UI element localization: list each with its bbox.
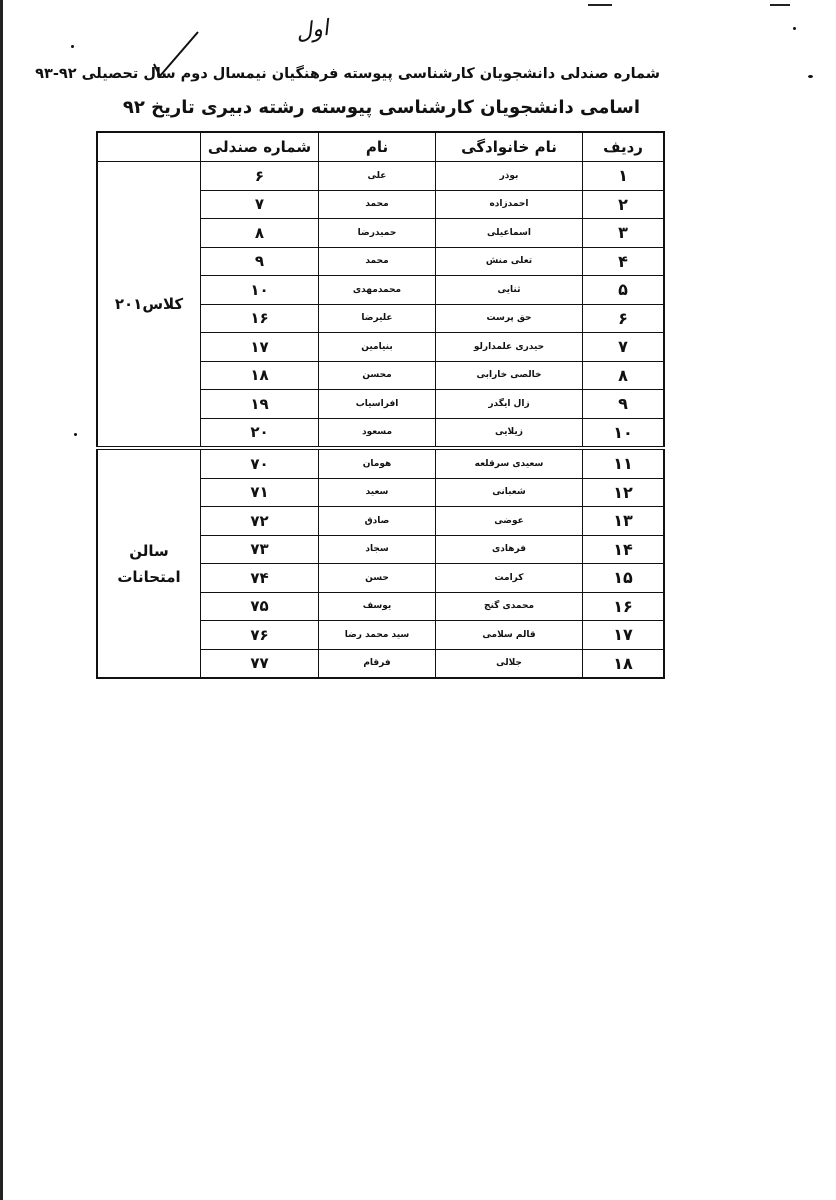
row-number: ۸ — [583, 361, 665, 390]
seat-number: ۷۱ — [201, 478, 319, 507]
seat-number: ۷۳ — [201, 535, 319, 564]
family-name: احمدزاده — [436, 190, 583, 219]
first-name: محمد — [319, 247, 436, 276]
header-family-name: نام خانوادگی — [436, 132, 583, 162]
header-first-name: نام — [319, 132, 436, 162]
seat-number: ۷۶ — [201, 621, 319, 650]
location-cell: کلاس۲۰۱ — [97, 162, 201, 449]
family-name: زال ایگدر — [436, 390, 583, 419]
first-name: محسن — [319, 361, 436, 390]
family-name: حق پرست — [436, 304, 583, 333]
first-name: یوسف — [319, 592, 436, 621]
first-name: سجاد — [319, 535, 436, 564]
first-name: سید محمد رضا — [319, 621, 436, 650]
family-name: اسماعیلی — [436, 219, 583, 248]
row-number: ۱۵ — [583, 564, 665, 593]
table-row: ۱۱سعیدی سرقلعههومان۷۰سالن امتحانات — [97, 448, 664, 478]
row-number: ۲ — [583, 190, 665, 219]
header-seat-number: شماره صندلی — [201, 132, 319, 162]
row-number: ۶ — [583, 304, 665, 333]
row-number: ۳ — [583, 219, 665, 248]
row-number: ۱ — [583, 162, 665, 191]
first-name: محمدمهدی — [319, 276, 436, 305]
family-name: خالصی خارابی — [436, 361, 583, 390]
location-cell: سالن امتحانات — [97, 448, 201, 678]
seat-number: ۷۵ — [201, 592, 319, 621]
seat-number: ۱۸ — [201, 361, 319, 390]
family-name: کرامت — [436, 564, 583, 593]
first-name: هومان — [319, 448, 436, 478]
first-name: محمد — [319, 190, 436, 219]
first-name: علیرضا — [319, 304, 436, 333]
scan-mark — [770, 4, 790, 6]
scan-mark — [588, 4, 612, 6]
header-row-number: ردیف — [583, 132, 665, 162]
family-name: شعبانی — [436, 478, 583, 507]
row-number: ۴ — [583, 247, 665, 276]
seat-number: ۷ — [201, 190, 319, 219]
first-name: مسعود — [319, 418, 436, 448]
seat-number: ۹ — [201, 247, 319, 276]
table-row: ۱بوذرعلی۶کلاس۲۰۱ — [97, 162, 664, 191]
row-number: ۱۲ — [583, 478, 665, 507]
scan-speck — [793, 27, 796, 30]
first-name: سعید — [319, 478, 436, 507]
family-name: قالم سلامی — [436, 621, 583, 650]
scan-speck — [808, 75, 813, 78]
seat-number: ۱۶ — [201, 304, 319, 333]
first-name: علی — [319, 162, 436, 191]
family-name: سعیدی سرقلعه — [436, 448, 583, 478]
table-header-row: ردیف نام خانوادگی نام شماره صندلی — [97, 132, 664, 162]
seat-number: ۱۹ — [201, 390, 319, 419]
first-name: حمیدرضا — [319, 219, 436, 248]
family-name: عوضی — [436, 507, 583, 536]
scan-edge — [0, 0, 3, 1200]
handwritten-note: اول — [294, 16, 330, 45]
row-number: ۱۰ — [583, 418, 665, 448]
first-name: صادق — [319, 507, 436, 536]
row-number: ۱۷ — [583, 621, 665, 650]
seat-number: ۷۷ — [201, 649, 319, 678]
row-number: ۱۱ — [583, 448, 665, 478]
seat-number: ۱۷ — [201, 333, 319, 362]
row-number: ۵ — [583, 276, 665, 305]
family-name: ثنایی — [436, 276, 583, 305]
seat-number: ۸ — [201, 219, 319, 248]
seat-number: ۱۰ — [201, 276, 319, 305]
family-name: محمدی گنج — [436, 592, 583, 621]
family-name: فرهادی — [436, 535, 583, 564]
seat-number: ۷۰ — [201, 448, 319, 478]
first-name: افراسیاب — [319, 390, 436, 419]
header-location — [97, 132, 201, 162]
family-name: حیدری علمدارلو — [436, 333, 583, 362]
row-number: ۱۳ — [583, 507, 665, 536]
row-number: ۷ — [583, 333, 665, 362]
row-number: ۱۸ — [583, 649, 665, 678]
first-name: فرقام — [319, 649, 436, 678]
document-title: شماره صندلی دانشجویان کارشناسی پیوسته فر… — [150, 66, 660, 82]
seat-number: ۲۰ — [201, 418, 319, 448]
first-name: حسن — [319, 564, 436, 593]
family-name: بوذر — [436, 162, 583, 191]
first-name: بنیامین — [319, 333, 436, 362]
seat-number: ۶ — [201, 162, 319, 191]
document-subtitle: اسامی دانشجویان کارشناسی پیوسته رشته دبی… — [180, 97, 640, 118]
seat-number: ۷۴ — [201, 564, 319, 593]
scan-speck — [71, 45, 74, 48]
seat-number: ۷۲ — [201, 507, 319, 536]
row-number: ۱۶ — [583, 592, 665, 621]
scan-speck — [74, 433, 77, 436]
family-name: زیلایی — [436, 418, 583, 448]
row-number: ۹ — [583, 390, 665, 419]
family-name: جلالی — [436, 649, 583, 678]
row-number: ۱۴ — [583, 535, 665, 564]
seating-table: ردیف نام خانوادگی نام شماره صندلی ۱بوذرع… — [96, 131, 665, 679]
family-name: تعلی منش — [436, 247, 583, 276]
